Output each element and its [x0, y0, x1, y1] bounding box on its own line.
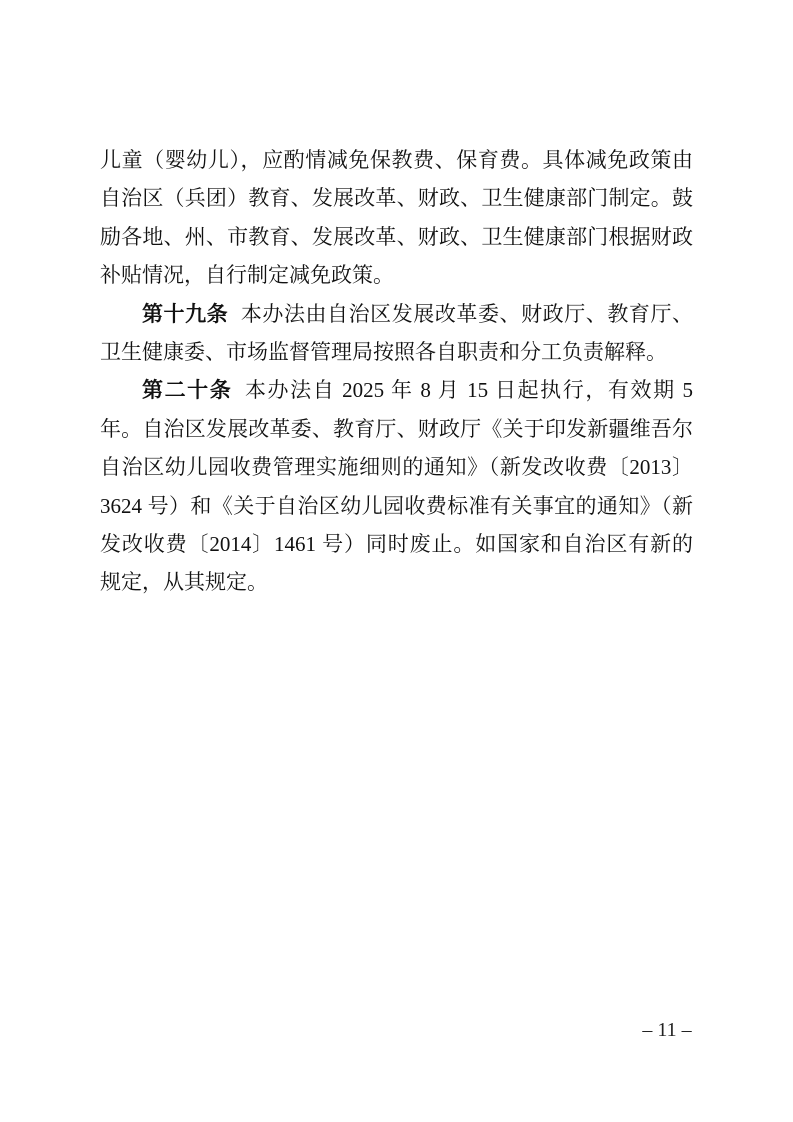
document-page: 儿童（婴幼儿），应酌情减免保教费、保育费。具体减免政策由自治区（兵团）教育、发展…	[0, 0, 793, 1122]
article-number-19: 第十九条	[142, 302, 228, 326]
paragraph-text: 本办法自 2025 年 8 月 15 日起执行，有效期 5 年。自治区发展改革委…	[100, 378, 693, 594]
document-body: 儿童（婴幼儿），应酌情减免保教费、保育费。具体减免政策由自治区（兵团）教育、发展…	[100, 141, 693, 602]
page-number: – 11 –	[627, 1018, 707, 1042]
paragraph: 儿童（婴幼儿），应酌情减免保教费、保育费。具体减免政策由自治区（兵团）教育、发展…	[100, 141, 693, 295]
paragraph: 第十九条本办法由自治区发展改革委、财政厅、教育厅、卫生健康委、市场监督管理局按照…	[100, 295, 693, 372]
paragraph: 第二十条本办法自 2025 年 8 月 15 日起执行，有效期 5 年。自治区发…	[100, 371, 693, 601]
paragraph-text: 儿童（婴幼儿），应酌情减免保教费、保育费。具体减免政策由自治区（兵团）教育、发展…	[100, 148, 693, 287]
article-number-20: 第二十条	[142, 378, 232, 402]
